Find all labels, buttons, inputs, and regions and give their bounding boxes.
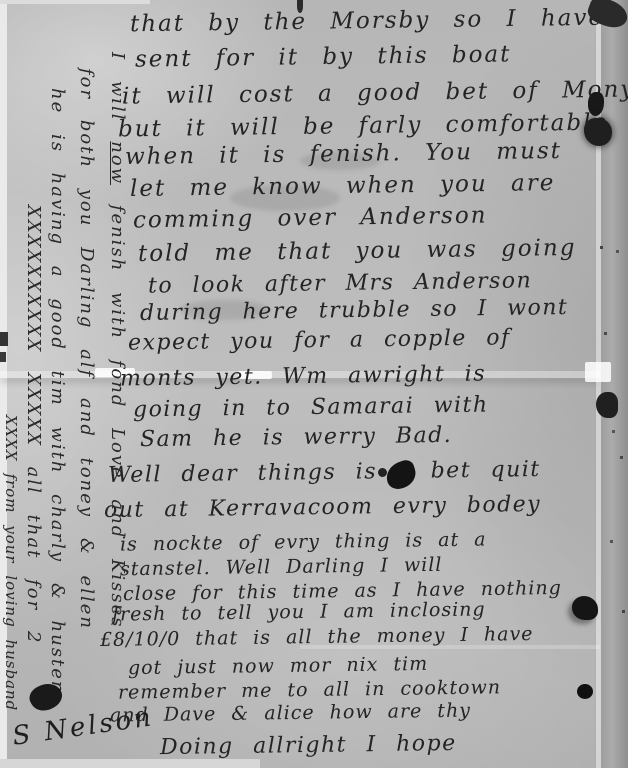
ink-blot [378,468,387,477]
ink-blot [0,352,6,362]
ink-blot [572,596,598,620]
letter-line: out at Kerravacoom evry bodey [104,492,541,523]
ink-blot [577,684,593,699]
margin-closing-end: fenish with fond Love and Kisses [107,185,128,628]
letter-line: is nockte of evry thing is at a [120,529,487,556]
letter-line: sent for it by this boat [135,41,512,73]
letter-line: fresh to tell you I am inclosing [112,599,486,626]
letter-line: Well dear things is a bet quit [108,457,541,488]
ink-blot [0,332,8,346]
margin-closing-start: I will [107,52,128,141]
letter-line: to look after Mrs Anderson [148,268,533,299]
paper-bottom-edge [0,759,260,768]
letter-line: during here trubble so I wont [140,295,569,326]
letter-line: monts yet. Wm awright is [120,361,486,391]
letter-line: expect you for a copple of [128,325,511,356]
ink-specks [600,246,603,249]
letter-line: it will cost a good bet of Mony [122,76,628,110]
letter-line: Doing allright I hope [160,731,457,760]
margin-line: he is having a good tim with charly & hu… [46,88,68,728]
pen-stroke-fragment [297,0,303,13]
letter-page: that by the Morsby so I have sent for it… [0,0,628,768]
letter-line: got just now mor nix tim [128,654,428,680]
letter-line: Sam he is werry Bad. [140,423,453,453]
margin-closing-underlined-word: now [107,141,128,185]
letter-line: comming over Anderson [133,203,488,234]
margin-closing-line: I will now fenish with fond Love and Kis… [106,52,128,702]
letter-line: stanstel. Well Darling I will [120,555,443,581]
margin-kisses-line: XXXXXXXXXX XXXXX all that for 2 [22,205,44,655]
paper-chip [585,362,611,382]
paper-top-edge [0,0,150,4]
letter-line: told me that you was going [138,235,577,268]
margin-farewell-line: XXXX from your loving husband [0,415,22,715]
ink-blot [596,392,618,418]
ink-blot [584,118,612,146]
letter-line: let me know when you are [130,170,556,202]
letter-line: and Dave & alice how are thy [110,700,471,727]
letter-line: going in to Samarai with [133,393,489,423]
letter-line: that by the Morsby so I have [130,5,604,38]
letter-line: when it is fenish. You must [125,138,562,171]
margin-line: for both you Darling alf and toney & ell… [75,68,97,718]
